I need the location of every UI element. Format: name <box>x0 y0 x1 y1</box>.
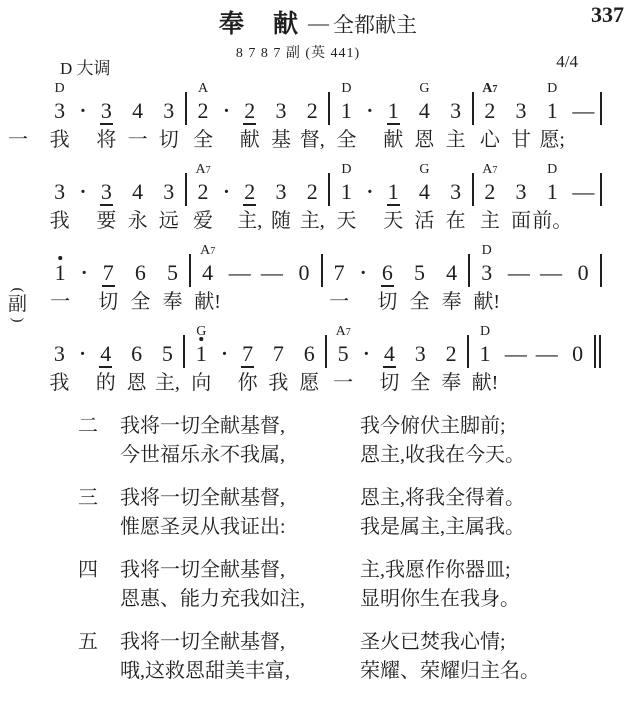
chord-root: A <box>200 243 210 258</box>
note-cell: A72主 <box>474 161 505 236</box>
lyric-char: 全 <box>193 125 213 155</box>
verse-line-left: 我将一切全献基督, <box>120 628 360 657</box>
note-cell: 3在 <box>440 161 471 236</box>
music-system-4: 3我·4的6恩5主,G1向·7你7我6愿A75一·4切3全2奉D1献!——0 <box>8 323 602 398</box>
lyric-char: 一 <box>333 368 353 398</box>
lyric-char: 面 <box>511 206 531 236</box>
lyric-char: 恩 <box>414 125 434 155</box>
lyric-char: 前。 <box>532 206 572 236</box>
augmentation-dot: · <box>220 340 229 368</box>
lyric-char: 奉 <box>441 368 461 398</box>
note-number: 1 <box>546 97 559 125</box>
verse-column-left: 我将一切全献基督,哦,这救恩甜美丰富, <box>120 628 360 686</box>
verse-number: 二 <box>78 412 120 470</box>
lead-label: 一 <box>8 125 28 155</box>
note-cell: 7切 <box>92 242 124 317</box>
lyric-char: 愿; <box>539 125 565 155</box>
note-cell: 4永 <box>122 161 153 236</box>
lyric-char: 基 <box>271 125 291 155</box>
chord-root: A <box>336 324 346 339</box>
barline <box>599 242 602 317</box>
note-number: 3 <box>53 97 66 125</box>
chord-label: D <box>480 323 490 340</box>
lyric-char: 一 <box>50 287 70 317</box>
note-cell: 1一 <box>44 242 76 317</box>
lyric-char: 天 <box>383 206 403 236</box>
note-cell: D1前。 <box>537 161 568 236</box>
note-cell: 5全 <box>403 242 435 317</box>
augmentation-dot: · <box>365 178 374 206</box>
verse-二: 二我将一切全献基督,今世福乐永不我属,我今俯伏主脚前;恩主,收我在今天。 <box>0 412 636 470</box>
held-note-dash: — <box>571 178 595 206</box>
title-row: 奉 献—全都献主 <box>0 4 636 40</box>
lyric-char: 全 <box>130 287 150 317</box>
lyric-char: 全 <box>410 368 430 398</box>
note-cell: 3我 <box>44 161 75 236</box>
note-number: 1 <box>387 97 400 125</box>
note-cell: 6愿 <box>294 323 325 398</box>
lyric-char: 献! <box>194 287 221 317</box>
augmentation-dot-cell: · <box>76 242 92 317</box>
stanza-number-lead: 一 <box>8 80 44 155</box>
chord-seventh: 7 <box>492 84 497 95</box>
hymn-subtitle: 全都献主 <box>333 13 417 37</box>
chord-label: A7 <box>195 161 210 178</box>
note-number: 2 <box>197 178 210 206</box>
lyric-char: 我 <box>268 368 288 398</box>
chord-label: A7 <box>200 242 215 259</box>
verse-line-right: 圣火已焚我心情; <box>360 628 636 657</box>
note-cell: 3我 <box>44 323 75 398</box>
note-cell: 4奉 <box>436 242 468 317</box>
note-number: 2 <box>483 178 496 206</box>
note-number: 7 <box>241 340 254 368</box>
lyric-char: 一 <box>128 125 148 155</box>
verse-line-right: 恩主,将我全得着。 <box>360 484 636 513</box>
note-number: 3 <box>515 97 528 125</box>
augmentation-dot-cell: · <box>359 323 374 398</box>
hymn-sheet-page: 奉 献—全都献主 337 8 7 8 7 副 (英 441) D 大调 4/4 … <box>0 0 636 703</box>
note-cell: 3切 <box>153 80 184 155</box>
note-number: 7 <box>333 259 346 287</box>
note-number: 3 <box>162 178 175 206</box>
chord-root: A <box>482 162 492 177</box>
high-octave-dot-icon <box>200 337 204 341</box>
note-cell: 4一 <box>122 80 153 155</box>
note-cell: D3我 <box>44 80 75 155</box>
augmentation-dot-cell: · <box>362 161 378 236</box>
lyric-char: 恩 <box>127 368 147 398</box>
verses-area: 二我将一切全献基督,今世福乐永不我属,我今俯伏主脚前;恩主,收我在今天。三我将一… <box>0 412 636 700</box>
note-number: 5 <box>413 259 426 287</box>
rest-note: 0 <box>571 340 584 368</box>
note-number: 3 <box>53 178 66 206</box>
held-note-dash: — <box>260 259 284 287</box>
note-cell: 6恩 <box>121 323 152 398</box>
note-cell: G4恩 <box>409 80 440 155</box>
note-number: 5 <box>166 259 179 287</box>
note-number: 4 <box>418 97 431 125</box>
chord-seventh: 7 <box>492 165 497 176</box>
note-number: 4 <box>131 97 144 125</box>
augmentation-dot-cell: · <box>217 323 232 398</box>
chord-label: A <box>198 80 208 97</box>
verse-line-left: 我将一切全献基督, <box>120 412 360 441</box>
note-number: 1 <box>340 178 353 206</box>
chord-label: D <box>341 161 351 178</box>
verse-line-right: 主,我愿作你器皿; <box>360 556 636 585</box>
augmentation-dot-cell: · <box>75 161 91 236</box>
lyric-char: 献! <box>473 287 500 317</box>
chord-label: D <box>341 80 351 97</box>
lyric-char: 奉 <box>163 287 183 317</box>
note-number: 3 <box>100 178 113 206</box>
verse-column-left: 我将一切全献基督,恩惠、能力充我如注, <box>120 556 360 614</box>
note-cell: 7你 <box>232 323 263 398</box>
held-note-cell: — <box>224 242 256 317</box>
note-cell: 3要 <box>91 161 122 236</box>
note-number: 3 <box>53 340 66 368</box>
chord-seventh: 7 <box>210 246 215 257</box>
note-cell: 3基 <box>265 80 296 155</box>
lyric-char: 献! <box>472 368 499 398</box>
augmentation-dot-cell: · <box>75 80 91 155</box>
note-number: 5 <box>161 340 174 368</box>
lyric-char: 向 <box>191 368 211 398</box>
note-number: 3 <box>449 178 462 206</box>
note-cell: 3将 <box>91 80 122 155</box>
augmentation-dot: · <box>80 259 89 287</box>
chord-label: D <box>482 242 492 259</box>
verse-line-left: 惟愿圣灵从我证出: <box>120 513 360 542</box>
verse-line-left: 哦,这救恩甜美丰富, <box>120 657 360 686</box>
verse-column-right: 主,我愿作你器皿;显明你生在我身。 <box>360 556 636 614</box>
note-cell: 5奉 <box>156 242 188 317</box>
note-number: 6 <box>381 259 394 287</box>
held-note-cell: — <box>256 242 288 317</box>
augmentation-dot-cell: · <box>75 323 90 398</box>
note-cell: G4活 <box>409 161 440 236</box>
lyric-char: 献 <box>383 125 403 155</box>
augmentation-dot: · <box>222 97 231 125</box>
augmentation-dot: · <box>365 97 374 125</box>
lyric-char: 我 <box>50 206 70 236</box>
note-cell: 1献 <box>378 80 409 155</box>
augmentation-dot: · <box>222 178 231 206</box>
note-cell: D1天 <box>331 161 362 236</box>
lyric-char: 永 <box>128 206 148 236</box>
note-number: 1 <box>546 178 559 206</box>
chord-label: G <box>419 80 429 97</box>
note-number: 2 <box>306 178 319 206</box>
augmentation-dot-cell: · <box>219 161 235 236</box>
note-number: 3 <box>100 97 113 125</box>
note-cell: 7我 <box>263 323 294 398</box>
lyric-char: 随 <box>271 206 291 236</box>
held-note-dash: — <box>571 97 595 125</box>
note-number: 4 <box>99 340 112 368</box>
note-number: 4 <box>445 259 458 287</box>
note-number: 3 <box>275 178 288 206</box>
verse-column-right: 我今俯伏主脚前;恩主,收我在今天。 <box>360 412 636 470</box>
lyric-char: 你 <box>238 368 258 398</box>
note-number: 3 <box>275 97 288 125</box>
refrain-paren-top-icon: ( <box>14 288 22 293</box>
note-number: 3 <box>162 97 175 125</box>
held-note-dash: — <box>535 340 559 368</box>
augmentation-dot: · <box>362 340 371 368</box>
held-note-cell: — <box>568 161 599 236</box>
lyric-char: 在 <box>446 206 466 236</box>
note-cell: A74献! <box>192 242 224 317</box>
rest-note: 0 <box>577 259 590 287</box>
augmentation-dot-cell: · <box>362 80 378 155</box>
hymn-title: 奉 献 <box>219 11 300 38</box>
hymn-number: 337 <box>591 2 624 28</box>
lyric-char: 奉 <box>442 287 462 317</box>
lyric-char: 全 <box>336 125 356 155</box>
held-note-dash: — <box>507 259 531 287</box>
held-note-dash: — <box>539 259 563 287</box>
lyric-char: 愿 <box>299 368 319 398</box>
held-note-dash: — <box>504 340 528 368</box>
note-number: 2 <box>483 97 496 125</box>
note-cell: 7一 <box>323 242 355 317</box>
note-number: 3 <box>449 97 462 125</box>
augmentation-dot-cell: · <box>355 242 371 317</box>
lyric-char: 远 <box>159 206 179 236</box>
title-dash: — <box>308 11 329 35</box>
lyric-char: 督, <box>300 125 325 155</box>
note-number: 2 <box>306 97 319 125</box>
held-note-cell: — <box>568 80 599 155</box>
barline <box>599 161 602 236</box>
note-number: 1 <box>387 178 400 206</box>
note-number: 4 <box>418 178 431 206</box>
augmentation-dot: · <box>79 97 88 125</box>
lyric-char: 一 <box>329 287 349 317</box>
note-cell: 3主 <box>440 80 471 155</box>
note-cell: D3献! <box>471 242 503 317</box>
note-number: 3 <box>515 178 528 206</box>
note-number: 1 <box>195 340 208 368</box>
refrain-lead: (副) <box>8 242 44 317</box>
note-cell: 3远 <box>153 161 184 236</box>
high-octave-dot-icon <box>58 256 62 260</box>
verse-line-left: 我将一切全献基督, <box>120 556 360 585</box>
lyric-char: 切 <box>377 287 397 317</box>
end-barline <box>593 323 602 398</box>
lyric-char: 切 <box>159 125 179 155</box>
note-cell: 4切 <box>374 323 405 398</box>
chord-root: A <box>482 81 492 96</box>
lyric-char: 甘 <box>511 125 531 155</box>
lyric-char: 活 <box>414 206 434 236</box>
refrain-marker: (副) <box>8 286 27 324</box>
music-system-2: 3我·3要4永3远A72爱·2主,3随2主,D1天·1天G4活3在A72主3面D… <box>8 161 602 236</box>
music-system-3: (副)1一·7切6全5奉A74献!——07一·6切5全4奉D3献!——0 <box>8 242 602 317</box>
rest-cell: 0 <box>562 323 593 398</box>
lyric-char: 爱 <box>193 206 213 236</box>
verse-column-right: 恩主,将我全得着。我是属主,主属我。 <box>360 484 636 542</box>
note-cell: A75一 <box>328 323 359 398</box>
barline <box>599 80 602 155</box>
note-number: 4 <box>131 178 144 206</box>
augmentation-dot: · <box>79 178 88 206</box>
note-number: 7 <box>102 259 115 287</box>
lyric-char: 献 <box>240 125 260 155</box>
note-number: 4 <box>201 259 214 287</box>
refrain-paren-bottom-icon: ) <box>14 318 22 323</box>
chord-label: A7 <box>336 323 351 340</box>
note-cell: G1向 <box>186 323 217 398</box>
verse-三: 三我将一切全献基督,惟愿圣灵从我证出:恩主,将我全得着。我是属主,主属我。 <box>0 484 636 542</box>
lyric-char: 切 <box>379 368 399 398</box>
note-number: 1 <box>340 97 353 125</box>
lyric-char: 主 <box>446 125 466 155</box>
verse-line-right: 恩主,收我在今天。 <box>360 441 636 470</box>
verse-line-right: 显明你生在我身。 <box>360 585 636 614</box>
note-number: 3 <box>480 259 493 287</box>
note-number: 1 <box>54 259 67 287</box>
lyric-char: 主, <box>300 206 325 236</box>
time-signature: 4/4 <box>556 52 578 72</box>
music-system-1: 一D3我·3将4一3切A2全·2献3基2督,D1全·1献G4恩3主A72心3甘D… <box>8 80 602 155</box>
lyric-char: 切 <box>98 287 118 317</box>
note-cell: 6全 <box>124 242 156 317</box>
note-cell: 2主, <box>297 161 328 236</box>
note-cell: D1献! <box>470 323 501 398</box>
lyric-char: 天 <box>336 206 356 236</box>
verse-五: 五我将一切全献基督,哦,这救恩甜美丰富,圣火已焚我心情;荣耀、荣耀归主名。 <box>0 628 636 686</box>
lyric-char: 心 <box>480 125 500 155</box>
note-cell: 4的 <box>90 323 121 398</box>
verse-四: 四我将一切全献基督,恩惠、能力充我如注,主,我愿作你器皿;显明你生在我身。 <box>0 556 636 614</box>
verse-column-left: 我将一切全献基督,惟愿圣灵从我证出: <box>120 484 360 542</box>
note-cell: 3随 <box>265 161 296 236</box>
chord-label: D <box>547 80 557 97</box>
note-cell: 2主, <box>234 161 265 236</box>
verse-line-left: 我将一切全献基督, <box>120 484 360 513</box>
rest-cell: 0 <box>288 242 320 317</box>
note-cell: 6切 <box>371 242 403 317</box>
note-cell: 3甘 <box>505 80 536 155</box>
chord-seventh: 7 <box>346 327 351 338</box>
verse-number: 五 <box>78 628 120 686</box>
chord-label: D <box>547 161 557 178</box>
verse-line-right: 我今俯伏主脚前; <box>360 412 636 441</box>
lyric-char: 将 <box>96 125 116 155</box>
note-number: 3 <box>414 340 427 368</box>
note-cell: A2全 <box>187 80 218 155</box>
lyric-char: 要 <box>96 206 116 236</box>
lyric-char: 主, <box>237 206 262 236</box>
verse-column-right: 圣火已焚我心情;荣耀、荣耀归主名。 <box>360 628 636 686</box>
chord-root: A <box>195 162 205 177</box>
verse-line-right: 我是属主,主属我。 <box>360 513 636 542</box>
verse-line-left: 今世福乐永不我属, <box>120 441 360 470</box>
verse-number: 四 <box>78 556 120 614</box>
note-number: 5 <box>337 340 350 368</box>
lyric-char: 主 <box>480 206 500 236</box>
note-number: 2 <box>243 178 256 206</box>
note-number: 6 <box>130 340 143 368</box>
augmentation-dot-cell: · <box>219 80 235 155</box>
chord-label: D <box>55 80 65 97</box>
note-number: 2 <box>445 340 458 368</box>
note-number: 6 <box>134 259 147 287</box>
chord-label: G <box>419 161 429 178</box>
note-cell: A72爱 <box>187 161 218 236</box>
lyric-char: 主, <box>155 368 180 398</box>
note-number: 4 <box>383 340 396 368</box>
held-note-cell: — <box>503 242 535 317</box>
note-cell: A72心 <box>474 80 505 155</box>
note-number: 2 <box>243 97 256 125</box>
rest-note: 0 <box>298 259 311 287</box>
chord-seventh: 7 <box>206 165 211 176</box>
augmentation-dot: · <box>78 340 87 368</box>
rest-cell: 0 <box>567 242 599 317</box>
refrain-label-text: 副 <box>8 294 27 316</box>
chord-label: A7 <box>482 161 497 178</box>
key-signature: D 大调 <box>60 54 111 79</box>
lyric-char: 的 <box>96 368 116 398</box>
note-number: 6 <box>303 340 316 368</box>
note-cell: 2奉 <box>436 323 467 398</box>
verse-line-right: 荣耀、荣耀归主名。 <box>360 657 636 686</box>
note-cell: D1愿; <box>537 80 568 155</box>
lead-spacer <box>8 161 44 236</box>
augmentation-dot: · <box>359 259 368 287</box>
note-number: 1 <box>479 340 492 368</box>
lyric-char: 我 <box>49 368 69 398</box>
note-cell: D1全 <box>331 80 362 155</box>
verse-number: 三 <box>78 484 120 542</box>
note-cell: 2献 <box>234 80 265 155</box>
held-note-cell: — <box>531 323 562 398</box>
held-note-cell: — <box>535 242 567 317</box>
verse-line-left: 恩惠、能力充我如注, <box>120 585 360 614</box>
held-note-dash: — <box>228 259 252 287</box>
lyric-char: 全 <box>409 287 429 317</box>
lyric-char: 我 <box>50 125 70 155</box>
note-number: 2 <box>197 97 210 125</box>
note-cell: 3全 <box>405 323 436 398</box>
note-number: 7 <box>272 340 285 368</box>
chord-label: A7 <box>482 80 497 97</box>
note-cell: 1天 <box>378 161 409 236</box>
note-cell: 5主, <box>152 323 183 398</box>
verse-column-left: 我将一切全献基督,今世福乐永不我属, <box>120 412 360 470</box>
lead-spacer <box>8 323 44 398</box>
held-note-cell: — <box>500 323 531 398</box>
music-notation-area: 一D3我·3将4一3切A2全·2献3基2督,D1全·1献G4恩3主A72心3甘D… <box>8 80 602 404</box>
note-cell: 2督, <box>297 80 328 155</box>
